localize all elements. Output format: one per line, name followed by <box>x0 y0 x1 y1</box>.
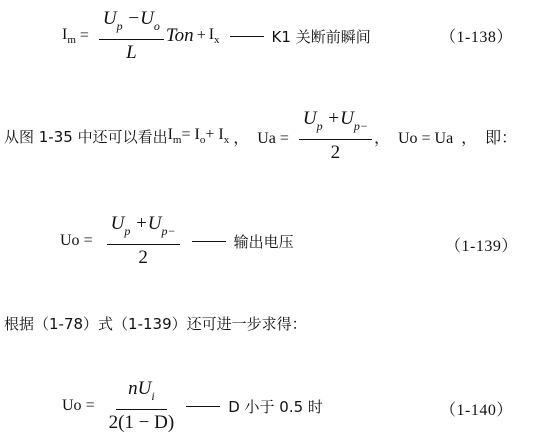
p1-ua: ， Ua = <box>229 125 293 148</box>
eq138-numerator: Up −Uo <box>99 8 164 40</box>
equation-1-140: Uo = nUi 2(1 − D) D 小于 0.5 时 <box>62 378 323 434</box>
p1-ix: + Ix <box>205 126 229 146</box>
em-dash <box>230 36 264 37</box>
equation-1-138: Im = Up −Uo L Ton + Ix K1 关断前瞬间 <box>62 8 371 64</box>
eq139-numerator: Up +Up− <box>107 213 180 245</box>
em-dash <box>192 241 226 242</box>
eq139-fraction: Up +Up− 2 <box>107 213 180 269</box>
eq138-note: K1 关断前瞬间 <box>272 26 371 47</box>
eq138-denominator: L <box>126 40 137 64</box>
eq138-lhs: Im <box>62 26 76 46</box>
p1-prefix: 从图 1-35 中还可以看出 <box>4 126 168 147</box>
paragraph-2: 根据（1-78）式（1-139）还可进一步求得： <box>4 313 307 334</box>
eq139-number: （1-139） <box>445 233 518 256</box>
eq138-equals: = <box>80 27 89 45</box>
p1-numerator: Up +Up− <box>299 108 372 140</box>
paragraph-1: 从图 1-35 中还可以看出 Im = Io + Ix ， Ua = Up +U… <box>4 108 517 164</box>
eq140-numerator: nUi <box>116 378 167 410</box>
p1-io: = Io <box>181 126 205 146</box>
eq139-lhs: Uo <box>60 232 80 250</box>
p1-im: Im <box>168 126 182 146</box>
eq140-number: （1-140） <box>440 397 513 420</box>
eq140-equals: = <box>86 397 95 415</box>
eq138-ix: Ix <box>209 26 220 46</box>
eq139-equals: = <box>84 232 93 250</box>
p1-suffix: ， Uo = Ua ， 即： <box>374 125 517 148</box>
p1-fraction: Up +Up− 2 <box>299 108 372 164</box>
equation-1-139: Uo = Up +Up− 2 输出电压 <box>60 213 294 269</box>
em-dash <box>186 406 220 407</box>
eq138-plus: + <box>197 27 206 45</box>
p1-denominator: 2 <box>331 140 341 164</box>
eq138-ton: Ton <box>166 25 194 47</box>
eq138-number: （1-138） <box>440 24 513 47</box>
eq140-denominator: 2(1 − D) <box>109 410 175 434</box>
eq140-note: D 小于 0.5 时 <box>228 396 323 417</box>
eq139-note: 输出电压 <box>234 231 294 252</box>
eq140-fraction: nUi 2(1 − D) <box>109 378 175 434</box>
eq138-fraction: Up −Uo L <box>99 8 164 64</box>
eq139-denominator: 2 <box>138 245 148 269</box>
eq140-lhs: Uo <box>62 397 82 415</box>
